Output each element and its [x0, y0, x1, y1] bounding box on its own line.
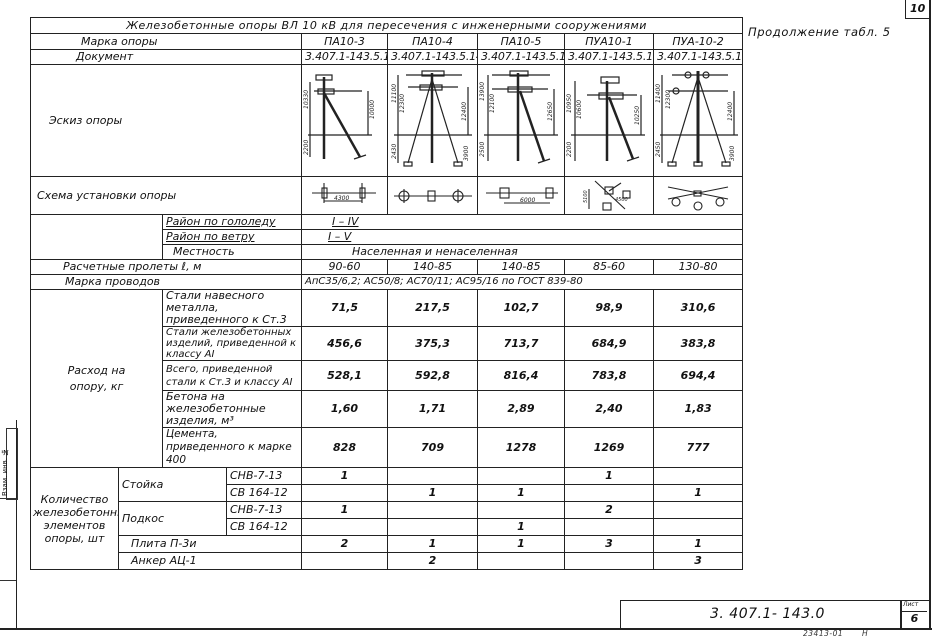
drawing-code: 3. 407.1- 143.0	[710, 606, 825, 622]
label-install-scheme: Схема установки опоры	[31, 177, 302, 215]
row-ice-region: Район по гололеду I – IV	[31, 215, 743, 230]
label-cement: Цемента, приведенного к марке 400	[163, 428, 302, 468]
row-anchor: Анкер АЦ-1 2 3	[31, 553, 743, 570]
label-consumption-group: Расход на опору, кг	[31, 290, 163, 468]
steel-rc-cell: 383,8	[654, 327, 743, 361]
svg-text:10000: 10000	[369, 99, 376, 118]
spans-cell: 140-85	[478, 260, 565, 275]
mark-cell: ПУА10-1	[565, 34, 654, 50]
install-scheme-two-posts-icon: 4300	[302, 179, 388, 213]
stamp-divider	[0, 498, 16, 499]
scheme-cell-3: 6000	[478, 177, 565, 215]
brace-a-cell: 1	[302, 502, 388, 519]
spans-cell: 90-60	[302, 260, 388, 275]
steel-hanging-cell: 310,6	[654, 290, 743, 327]
plate-cell: 1	[654, 536, 743, 553]
pole-sketch-2: 11100 12300 12400 2430 3900	[388, 65, 478, 177]
post-a-cell	[654, 468, 743, 485]
row-sketch: Эскиз опоры 10330 10000 2200	[31, 65, 743, 177]
svg-text:12400: 12400	[461, 101, 468, 120]
label-terrain: Местность	[163, 245, 302, 260]
brace-b-cell	[654, 519, 743, 536]
svg-text:12650: 12650	[547, 101, 554, 120]
svg-text:12100: 12100	[489, 93, 496, 112]
brace-a-cell	[654, 502, 743, 519]
document-cell: 3.407.1-143.5.13	[302, 50, 388, 65]
anchor-cell	[565, 553, 654, 570]
anchor-cell	[478, 553, 565, 570]
install-scheme-three-way-icon	[654, 179, 743, 213]
label-plate: Плита П-3и	[119, 536, 302, 553]
install-scheme-brace-icon: 6000	[478, 179, 565, 213]
label-steel-total: Всего, приведенной стали к Ст.3 и классу…	[163, 361, 302, 391]
spans-cell: 85-60	[565, 260, 654, 275]
mark-cell: ПА10-4	[388, 34, 478, 50]
svg-text:4300: 4300	[334, 195, 349, 202]
label-brace-b: СВ 164-12	[227, 519, 302, 536]
stamp-divider	[0, 580, 16, 581]
plate-cell: 1	[478, 536, 565, 553]
label-quantity-group: Количество железобетонных элементов опор…	[31, 468, 119, 570]
anchor-cell: 2	[388, 553, 478, 570]
label-steel-hanging: Стали навесного металла, приведенного к …	[163, 290, 302, 327]
steel-total-cell: 816,4	[478, 361, 565, 391]
sheet-frame-right	[929, 0, 931, 628]
row-steel-hanging: Расход на опору, кг Стали навесного мета…	[31, 290, 743, 327]
svg-text:2200: 2200	[303, 139, 310, 154]
spans-cell: 130-80	[654, 260, 743, 275]
svg-text:2450: 2450	[655, 141, 662, 156]
steel-rc-cell: 456,6	[302, 327, 388, 361]
archive-number: 23413-01	[803, 629, 843, 638]
steel-hanging-cell: 217,5	[388, 290, 478, 327]
cement-cell: 828	[302, 428, 388, 468]
cement-cell: 777	[654, 428, 743, 468]
cement-cell: 1278	[478, 428, 565, 468]
terrain-value: Населенная и ненаселенная	[302, 245, 743, 260]
svg-text:10950: 10950	[566, 93, 573, 112]
document-cell: 3.407.1-143.5.14	[388, 50, 478, 65]
svg-text:12300: 12300	[665, 89, 672, 108]
wire-mark-value: АпС35/6,2; АС50/8; АС70/11; АС95/16 по Г…	[302, 275, 743, 290]
brace-b-cell	[565, 519, 654, 536]
cement-cell: 709	[388, 428, 478, 468]
steel-total-cell: 528,1	[302, 361, 388, 391]
label-wind-region: Район по ветру	[163, 230, 302, 245]
wind-region-value: I – V	[302, 230, 743, 245]
label-post: Стойка	[119, 468, 227, 502]
row-install-scheme: Схема установки опоры 4300	[31, 177, 743, 215]
label-spans: Расчетные пролеты ℓ, м	[31, 260, 302, 275]
steel-rc-cell: 713,7	[478, 327, 565, 361]
row-document: Документ 3.407.1-143.5.13 3.407.1-143.5.…	[31, 50, 743, 65]
brace-b-cell	[302, 519, 388, 536]
side-stamp-text: Взам. инв. №	[1, 430, 13, 496]
label-sketch: Эскиз опоры	[31, 65, 302, 177]
document-cell: 3.407.1-143.5.16	[565, 50, 654, 65]
svg-text:12300: 12300	[399, 93, 406, 112]
spans-cell: 140-85	[388, 260, 478, 275]
scheme-cell-4: 5100 4500	[565, 177, 654, 215]
svg-text:2200: 2200	[566, 141, 573, 156]
document-cell: 3.407.1-143.5.17	[654, 50, 743, 65]
sheet-frame-bottom	[0, 628, 932, 630]
label-mark: Марка опоры	[31, 34, 302, 50]
pole-sketch-1: 10330 10000 2200	[302, 65, 388, 177]
pole-a-frame-icon: 11100 12300 12400 2430 3900	[388, 67, 478, 175]
poles-spec-table: Железобетонные опоры ВЛ 10 кВ для пересе…	[30, 17, 743, 570]
row-brace-a: Подкос СНВ-7-13 1 2	[31, 502, 743, 519]
pole-double-a-frame-icon: 11400 12300 12400 2450 3900	[654, 67, 743, 175]
steel-hanging-cell: 102,7	[478, 290, 565, 327]
svg-text:2500: 2500	[479, 141, 486, 156]
concrete-cell: 2,89	[478, 391, 565, 428]
steel-total-cell: 592,8	[388, 361, 478, 391]
anchor-cell: 3	[654, 553, 743, 570]
svg-text:4500: 4500	[615, 197, 628, 203]
pole-sketch-3: 13900 12100 12650 2500	[478, 65, 565, 177]
post-b-cell: 1	[654, 485, 743, 502]
document-cell: 3.407.1-143.5.15	[478, 50, 565, 65]
brace-b-cell	[388, 519, 478, 536]
mark-cell: ПА10-3	[302, 34, 388, 50]
label-brace-a: СНВ-7-13	[227, 502, 302, 519]
post-b-cell: 1	[478, 485, 565, 502]
pole-single-brace-icon: 10330 10000 2200	[302, 67, 388, 175]
mark-cell: ПА10-5	[478, 34, 565, 50]
post-b-cell	[302, 485, 388, 502]
plate-cell: 1	[388, 536, 478, 553]
row-spans: Расчетные пролеты ℓ, м 90-60 140-85 140-…	[31, 260, 743, 275]
brace-a-cell	[478, 502, 565, 519]
svg-text:5100: 5100	[583, 190, 589, 203]
row-plate: Плита П-3и 2 1 1 3 1	[31, 536, 743, 553]
row-mark: Марка опоры ПА10-3 ПА10-4 ПА10-5 ПУА10-1…	[31, 34, 743, 50]
sheet-number: 6	[902, 611, 927, 626]
svg-text:3900: 3900	[729, 145, 736, 160]
svg-text:13900: 13900	[479, 81, 486, 100]
label-post-b: СВ 164-12	[227, 485, 302, 502]
post-b-cell: 1	[388, 485, 478, 502]
label-steel-rc: Стали железобетонных изделий, приведенно…	[163, 327, 302, 361]
svg-text:11400: 11400	[655, 83, 662, 102]
brace-a-cell	[388, 502, 478, 519]
svg-text:2430: 2430	[391, 143, 398, 158]
post-b-cell	[565, 485, 654, 502]
row-post-a: Количество железобетонных элементов опор…	[31, 468, 743, 485]
svg-text:6000: 6000	[520, 197, 535, 204]
scheme-cell-1: 4300	[302, 177, 388, 215]
svg-text:3900: 3900	[463, 145, 470, 160]
post-a-cell	[478, 468, 565, 485]
steel-hanging-cell: 71,5	[302, 290, 388, 327]
concrete-cell: 1,83	[654, 391, 743, 428]
continuation-note: Продолжение табл. 5	[748, 25, 891, 39]
label-anchor: Анкер АЦ-1	[119, 553, 302, 570]
svg-text:10250: 10250	[634, 105, 641, 124]
install-scheme-three-posts-icon	[388, 179, 478, 213]
label-wire-mark: Марка проводов	[31, 275, 302, 290]
pole-brace-icon: 13900 12100 12650 2500	[478, 67, 565, 175]
concrete-cell: 2,40	[565, 391, 654, 428]
svg-text:10330: 10330	[303, 89, 310, 108]
steel-total-cell: 694,4	[654, 361, 743, 391]
steel-rc-cell: 375,3	[388, 327, 478, 361]
sheet-label: Лист	[903, 601, 918, 608]
row-wire-mark: Марка проводов АпС35/6,2; АС50/8; АС70/1…	[31, 275, 743, 290]
label-document: Документ	[31, 50, 302, 65]
anchor-cell	[302, 553, 388, 570]
pole-corner-brace-icon: 10950 10600 10250 2200	[565, 67, 654, 175]
post-a-cell: 1	[565, 468, 654, 485]
scheme-cell-5	[654, 177, 743, 215]
steel-rc-cell: 684,9	[565, 327, 654, 361]
scheme-cell-2	[388, 177, 478, 215]
label-brace: Подкос	[119, 502, 227, 536]
post-a-cell	[388, 468, 478, 485]
svg-text:11100: 11100	[391, 83, 398, 102]
pole-sketch-5: 11400 12300 12400 2450 3900	[654, 65, 743, 177]
steel-total-cell: 783,8	[565, 361, 654, 391]
label-post-a: СНВ-7-13	[227, 468, 302, 485]
install-scheme-corner-icon: 5100 4500	[565, 179, 654, 213]
ice-region-value: I – IV	[302, 215, 743, 230]
post-a-cell: 1	[302, 468, 388, 485]
cement-cell: 1269	[565, 428, 654, 468]
plate-cell: 2	[302, 536, 388, 553]
brace-b-cell: 1	[478, 519, 565, 536]
label-ice-region: Район по гололеду	[163, 215, 302, 230]
blank-cell	[31, 215, 163, 260]
steel-hanging-cell: 98,9	[565, 290, 654, 327]
concrete-cell: 1,71	[388, 391, 478, 428]
page-number: 10	[910, 2, 925, 15]
concrete-cell: 1,60	[302, 391, 388, 428]
brace-a-cell: 2	[565, 502, 654, 519]
mark-cell: ПУА-10-2	[654, 34, 743, 50]
table-title: Железобетонные опоры ВЛ 10 кВ для пересе…	[31, 18, 743, 34]
label-concrete: Бетона на железобетонные изделия, м³	[163, 391, 302, 428]
svg-text:10600: 10600	[576, 99, 583, 118]
plate-cell: 3	[565, 536, 654, 553]
pole-sketch-4: 10950 10600 10250 2200	[565, 65, 654, 177]
svg-text:12400: 12400	[727, 101, 734, 120]
format-mark: Н	[862, 629, 868, 638]
